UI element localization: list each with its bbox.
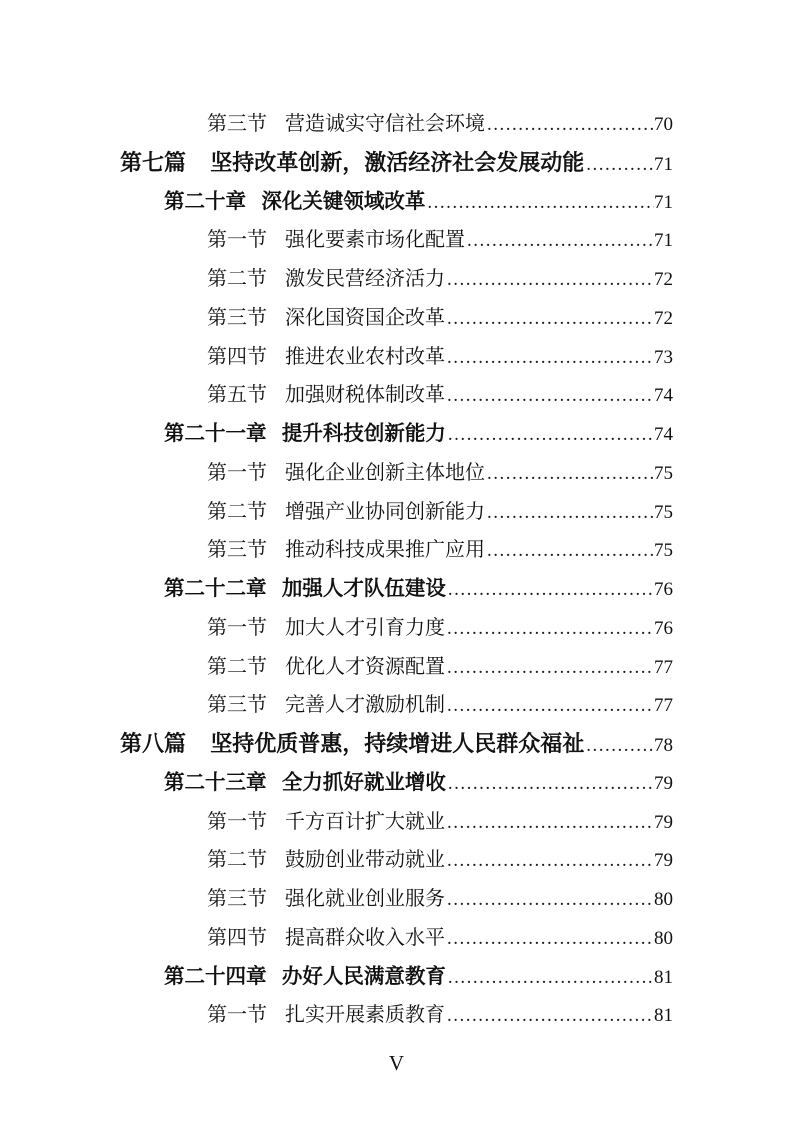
- toc-entry-title: 提升科技创新能力: [282, 415, 446, 454]
- dot-leader: ........................................…: [447, 804, 654, 843]
- toc-entry: 第一节 千方百计扩大就业 ...........................…: [207, 803, 673, 842]
- dot-leader: ........................................…: [447, 842, 654, 881]
- dot-leader: ........................................…: [447, 377, 654, 416]
- toc-entry: 第二十四章 办好人民满意教育 .........................…: [164, 958, 673, 997]
- toc-entry: 第三节 深化国资国企改革 ...........................…: [207, 299, 673, 338]
- toc-entry-label: 第三节: [207, 686, 267, 725]
- toc-entry-page-number: 71: [654, 146, 673, 185]
- toc-entry-label: 第二十一章: [164, 415, 267, 454]
- toc-entry-title: 优化人才资源配置: [285, 648, 445, 687]
- toc-entry-title: 营造诚实守信社会环境: [285, 105, 485, 144]
- toc-entry: 第四节 提高群众收入水平 ...........................…: [207, 919, 673, 958]
- toc-entry-title: 坚持改革创新，激活经济社会发展动能: [210, 144, 584, 183]
- dot-leader: ........................................…: [448, 571, 654, 610]
- dot-leader: ........................................…: [447, 649, 654, 688]
- toc-entry: 第三节 推动科技成果推广应用 .........................…: [207, 531, 673, 570]
- toc-entry-page-number: 81: [654, 959, 673, 998]
- toc-entry-page-number: 79: [654, 842, 673, 881]
- toc-entry-label: 第二节: [207, 841, 267, 880]
- toc-entry: 第一节 强化要素市场化配置 ..........................…: [207, 221, 673, 260]
- toc-entry-title: 推进农业农村改革: [285, 338, 445, 377]
- toc-entry-title: 深化关键领域改革: [261, 183, 425, 222]
- toc-entry-title: 推动科技成果推广应用: [285, 531, 485, 570]
- toc-entry: 第一节 扎实开展素质教育 ...........................…: [207, 996, 673, 1035]
- toc-entry: 第八篇 坚持优质普惠，持续增进人民群众福祉 ..................…: [120, 725, 673, 764]
- toc-entry-title: 强化要素市场化配置: [285, 221, 465, 260]
- toc-entry-label: 第二十三章: [164, 764, 267, 803]
- toc-entry-page-number: 75: [654, 455, 673, 494]
- toc-entry-page-number: 80: [654, 881, 673, 920]
- toc-entry-title: 提高群众收入水平: [285, 919, 445, 958]
- toc-entry-label: 第四节: [207, 919, 267, 958]
- dot-leader: ........................................…: [487, 455, 654, 494]
- dot-leader: ........................................…: [586, 727, 654, 766]
- toc-entry-label: 第一节: [207, 221, 267, 260]
- toc-entry-label: 第一节: [207, 996, 267, 1035]
- dot-leader: ........................................…: [448, 959, 654, 998]
- toc-entry-label: 第三节: [207, 880, 267, 919]
- toc-entry-page-number: 78: [654, 727, 673, 766]
- toc-entry: 第五节 加强财税体制改革 ...........................…: [207, 376, 673, 415]
- toc-entry: 第二节 鼓励创业带动就业 ...........................…: [207, 841, 673, 880]
- document-page: 第三节 营造诚实守信社会环境 .........................…: [0, 0, 793, 1122]
- toc-entry-title: 增强产业协同创新能力: [285, 493, 485, 532]
- toc-entry-label: 第一节: [207, 609, 267, 648]
- toc-entry-page-number: 75: [654, 532, 673, 571]
- toc-entry: 第四节 推进农业农村改革 ...........................…: [207, 338, 673, 377]
- toc-entry: 第二十一章 提升科技创新能力 .........................…: [164, 415, 673, 454]
- toc-entry-page-number: 72: [654, 261, 673, 300]
- toc-entry-page-number: 74: [654, 377, 673, 416]
- toc-entry-page-number: 80: [654, 920, 673, 959]
- toc-entry: 第一节 强化企业创新主体地位 .........................…: [207, 454, 673, 493]
- dot-leader: ........................................…: [487, 532, 654, 571]
- toc-entry-page-number: 81: [654, 997, 673, 1036]
- toc-entry-label: 第四节: [207, 338, 267, 377]
- toc-entry-title: 全力抓好就业增收: [282, 764, 446, 803]
- toc-entry-label: 第三节: [207, 299, 267, 338]
- dot-leader: ........................................…: [467, 222, 654, 261]
- dot-leader: ........................................…: [586, 146, 654, 185]
- toc-entry: 第三节 完善人才激励机制 ...........................…: [207, 686, 673, 725]
- toc-entry-label: 第三节: [207, 105, 267, 144]
- toc-entry: 第三节 强化就业创业服务 ...........................…: [207, 880, 673, 919]
- toc-entry-page-number: 70: [654, 106, 673, 145]
- toc-entry: 第二节 增强产业协同创新能力 .........................…: [207, 493, 673, 532]
- toc-entry-label: 第五节: [207, 376, 267, 415]
- toc-entry-page-number: 79: [654, 804, 673, 843]
- dot-leader: ........................................…: [447, 881, 654, 920]
- toc-entry-title: 深化国资国企改革: [285, 299, 445, 338]
- dot-leader: ........................................…: [448, 416, 654, 455]
- toc-entry-label: 第一节: [207, 454, 267, 493]
- toc-entry-title: 鼓励创业带动就业: [285, 841, 445, 880]
- toc-entry-title: 激发民营经济活力: [285, 260, 445, 299]
- toc-entry-page-number: 73: [654, 339, 673, 378]
- toc-entry-page-number: 76: [654, 571, 673, 610]
- dot-leader: ........................................…: [487, 494, 654, 533]
- toc-entry-label: 第二节: [207, 648, 267, 687]
- toc-entry-title: 办好人民满意教育: [282, 958, 446, 997]
- toc-entry-label: 第二节: [207, 260, 267, 299]
- toc-entry: 第二十章 深化关键领域改革 ..........................…: [164, 183, 673, 222]
- page-footer: V: [0, 1048, 793, 1078]
- dot-leader: ........................................…: [427, 184, 654, 223]
- toc-entry: 第二节 激发民营经济活力 ...........................…: [207, 260, 673, 299]
- toc-entry-title: 加强人才队伍建设: [282, 570, 446, 609]
- dot-leader: ........................................…: [447, 261, 654, 300]
- toc-entry-title: 加强财税体制改革: [285, 376, 445, 415]
- table-of-contents: 第三节 营造诚实守信社会环境 .........................…: [120, 105, 673, 1035]
- toc-entry-page-number: 77: [654, 649, 673, 688]
- dot-leader: ........................................…: [447, 300, 654, 339]
- dot-leader: ........................................…: [447, 997, 654, 1036]
- toc-entry: 第二十二章 加强人才队伍建设 .........................…: [164, 570, 673, 609]
- toc-entry-page-number: 77: [654, 687, 673, 726]
- toc-entry-page-number: 76: [654, 610, 673, 649]
- toc-entry-label: 第二十二章: [164, 570, 267, 609]
- dot-leader: ........................................…: [447, 920, 654, 959]
- toc-entry-label: 第七篇: [120, 144, 186, 183]
- toc-entry-title: 加大人才引育力度: [285, 609, 445, 648]
- toc-entry-page-number: 71: [654, 184, 673, 223]
- toc-entry-label: 第二十章: [164, 183, 246, 222]
- toc-entry-page-number: 71: [654, 222, 673, 261]
- toc-entry-label: 第三节: [207, 531, 267, 570]
- toc-entry-label: 第二节: [207, 493, 267, 532]
- dot-leader: ........................................…: [447, 610, 654, 649]
- dot-leader: ........................................…: [448, 765, 654, 804]
- toc-entry-title: 坚持优质普惠，持续增进人民群众福祉: [210, 725, 584, 764]
- toc-entry-page-number: 72: [654, 300, 673, 339]
- toc-entry: 第七篇 坚持改革创新，激活经济社会发展动能 ..................…: [120, 144, 673, 183]
- toc-entry-title: 强化就业创业服务: [285, 880, 445, 919]
- toc-entry-label: 第八篇: [120, 725, 186, 764]
- toc-entry-label: 第一节: [207, 803, 267, 842]
- toc-entry-page-number: 74: [654, 416, 673, 455]
- dot-leader: ........................................…: [447, 687, 654, 726]
- toc-entry-label: 第二十四章: [164, 958, 267, 997]
- footer-page-number: V: [389, 1051, 404, 1075]
- toc-entry: 第二十三章 全力抓好就业增收 .........................…: [164, 764, 673, 803]
- toc-entry: 第二节 优化人才资源配置 ...........................…: [207, 648, 673, 687]
- toc-entry-page-number: 79: [654, 765, 673, 804]
- toc-entry: 第一节 加大人才引育力度 ...........................…: [207, 609, 673, 648]
- dot-leader: ........................................…: [447, 339, 654, 378]
- toc-entry-title: 千方百计扩大就业: [285, 803, 445, 842]
- toc-entry-title: 扎实开展素质教育: [285, 996, 445, 1035]
- dot-leader: ........................................…: [487, 106, 654, 145]
- toc-entry-title: 强化企业创新主体地位: [285, 454, 485, 493]
- toc-entry-title: 完善人才激励机制: [285, 686, 445, 725]
- toc-entry-page-number: 75: [654, 494, 673, 533]
- toc-entry: 第三节 营造诚实守信社会环境 .........................…: [207, 105, 673, 144]
